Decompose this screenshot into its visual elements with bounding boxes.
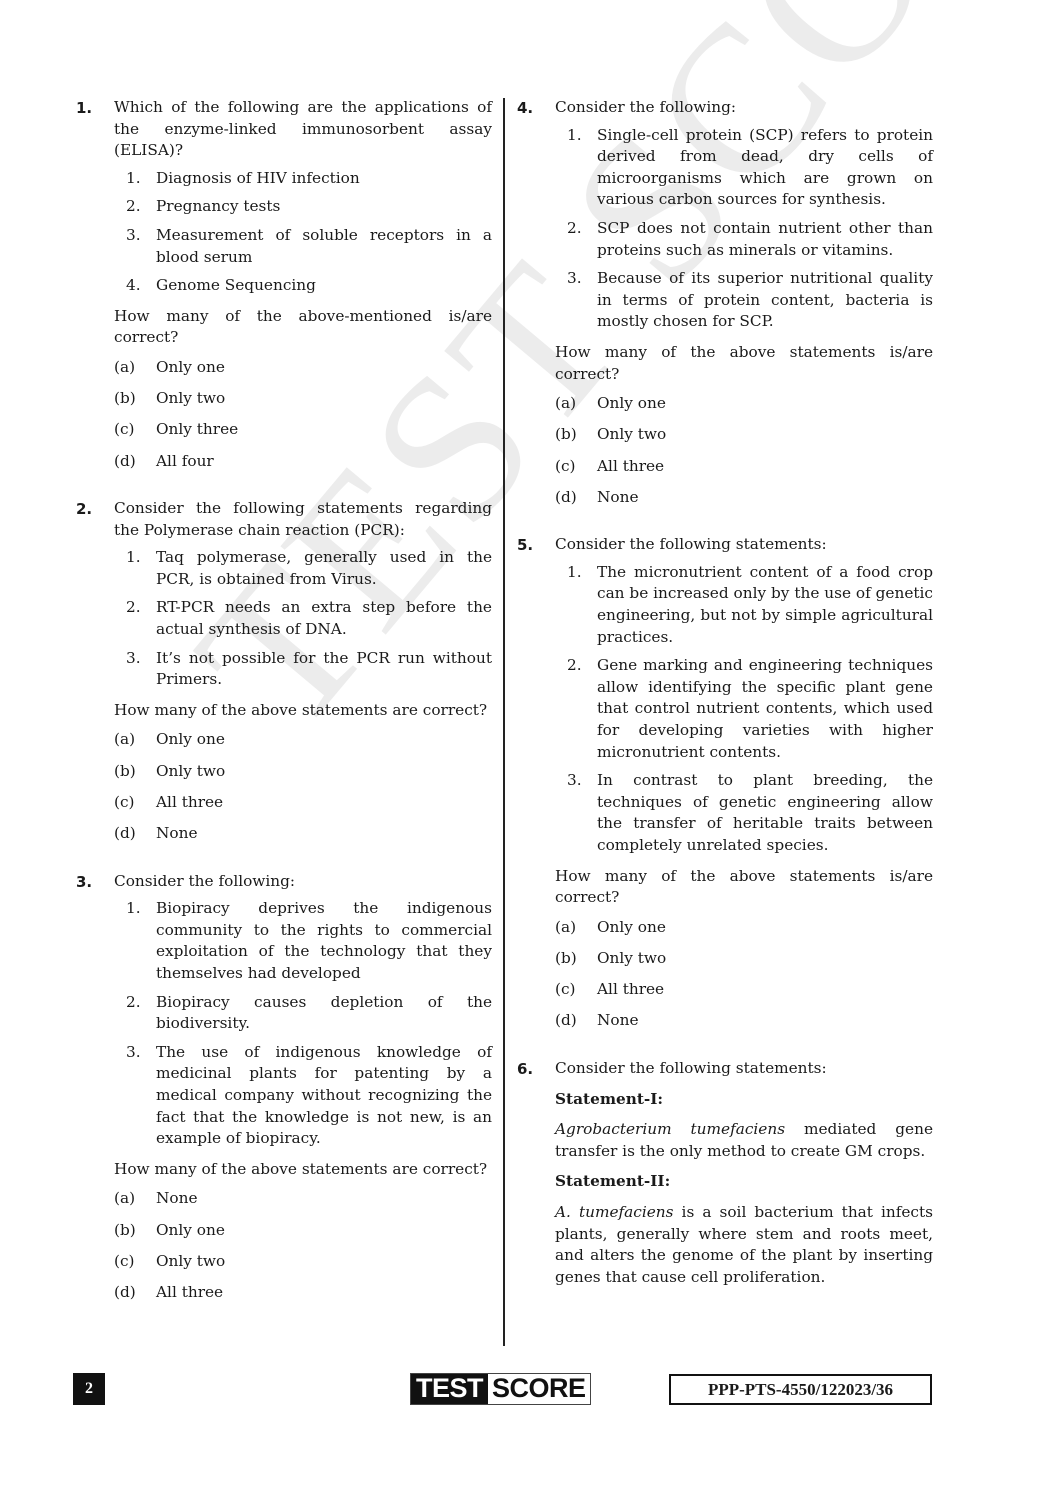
- logo-dark-part: TEST: [411, 1374, 488, 1404]
- option-a: (a)None: [114, 1188, 492, 1210]
- item-text: In contrast to plant breeding, the techn…: [597, 771, 933, 854]
- option-label: (d): [555, 1010, 577, 1032]
- option-label: (b): [114, 1220, 136, 1242]
- option-d: (d)None: [555, 487, 933, 509]
- option-text: Only one: [597, 394, 666, 412]
- option-text: Only two: [156, 389, 225, 407]
- item-number: 2.: [567, 218, 582, 240]
- list-item: 4.Genome Sequencing: [114, 275, 492, 297]
- item-number: 3.: [126, 225, 141, 247]
- option-label: (d): [114, 1282, 136, 1304]
- item-text: Biopiracy deprives the indigenous commun…: [156, 899, 492, 982]
- list-item: 2.Biopiracy causes depletion of the biod…: [114, 992, 492, 1035]
- item-text: It’s not possible for the PCR run withou…: [156, 649, 492, 689]
- item-number: 2.: [126, 196, 141, 218]
- left-column: 1. Which of the following are the applic…: [74, 97, 492, 1329]
- option-label: (b): [114, 761, 136, 783]
- list-item: 2.Pregnancy tests: [114, 196, 492, 218]
- option-b: (b)Only two: [555, 424, 933, 446]
- list-item: 2.SCP does not contain nutrient other th…: [555, 218, 933, 261]
- list-item: 1.Single-cell protein (SCP) refers to pr…: [555, 125, 933, 211]
- option-c: (c)All three: [114, 792, 492, 814]
- option-label: (a): [555, 393, 576, 415]
- list-item: 2.Gene marking and engineering technique…: [555, 655, 933, 763]
- option-b: (b)Only two: [114, 761, 492, 783]
- item-number: 3.: [126, 1042, 141, 1064]
- option-text: All three: [156, 793, 223, 811]
- option-a: (a)Only one: [555, 917, 933, 939]
- statement-list: 1.Single-cell protein (SCP) refers to pr…: [555, 125, 933, 333]
- item-text: Gene marking and engineering techniques …: [597, 656, 933, 760]
- option-d: (d)All four: [114, 451, 492, 473]
- option-label: (c): [555, 979, 576, 1001]
- option-text: None: [156, 1189, 198, 1207]
- list-item: 3.The use of indigenous knowledge of med…: [114, 1042, 492, 1150]
- question-number: 3.: [76, 871, 92, 893]
- statement-list: 1.The micronutrient content of a food cr…: [555, 562, 933, 857]
- option-a: (a)Only one: [114, 357, 492, 379]
- question-number: 2.: [76, 498, 92, 520]
- option-c: (c)All three: [555, 979, 933, 1001]
- question-text: Consider the following statements regard…: [114, 498, 492, 541]
- option-b: (b)Only one: [114, 1220, 492, 1242]
- option-label: (a): [114, 357, 135, 379]
- question-number: 4.: [517, 97, 533, 119]
- item-number: 1.: [126, 168, 141, 190]
- question-number: 6.: [517, 1058, 533, 1080]
- question-prompt: How many of the above statements is/are …: [555, 866, 933, 909]
- statement-list: 1.Diagnosis of HIV infection 2.Pregnancy…: [114, 168, 492, 297]
- option-text: All three: [156, 1283, 223, 1301]
- option-label: (d): [555, 487, 577, 509]
- column-divider: [503, 98, 505, 1346]
- item-number: 3.: [567, 268, 582, 290]
- item-number: 1.: [567, 125, 582, 147]
- option-text: Only two: [156, 1252, 225, 1270]
- option-label: (a): [114, 1188, 135, 1210]
- question-prompt: How many of the above-mentioned is/are c…: [114, 306, 492, 349]
- list-item: 1.The micronutrient content of a food cr…: [555, 562, 933, 648]
- option-c: (c)Only three: [114, 419, 492, 441]
- question-text: Consider the following statements:: [555, 534, 933, 556]
- question-number: 5.: [517, 534, 533, 556]
- logo-light-part: SCORE: [488, 1374, 590, 1404]
- option-text: None: [597, 488, 639, 506]
- option-text: Only one: [597, 918, 666, 936]
- option-c: (c)All three: [555, 456, 933, 478]
- option-label: (a): [555, 917, 576, 939]
- option-text: Only one: [156, 1221, 225, 1239]
- page-number: 2: [73, 1373, 105, 1405]
- item-text: The micronutrient content of a food crop…: [597, 563, 933, 646]
- option-label: (d): [114, 451, 136, 473]
- item-text: Because of its superior nutritional qual…: [597, 269, 933, 330]
- option-text: All four: [156, 452, 214, 470]
- statement-list: 1.Taq polymerase, generally used in the …: [114, 547, 492, 691]
- species-name: Agrobacterium tumefaciens: [555, 1120, 785, 1138]
- question-4: 4. Consider the following: 1.Single-cell…: [515, 97, 933, 508]
- paper-code: PPP-PTS-4550/122023/36: [669, 1374, 932, 1405]
- option-a: (a)Only one: [114, 729, 492, 751]
- item-number: 2.: [126, 992, 141, 1014]
- item-text: Genome Sequencing: [156, 276, 316, 294]
- option-text: Only two: [156, 762, 225, 780]
- option-label: (c): [114, 419, 135, 441]
- item-text: Diagnosis of HIV infection: [156, 169, 360, 187]
- item-text: RT-PCR needs an extra step before the ac…: [156, 598, 492, 638]
- question-2: 2. Consider the following statements reg…: [74, 498, 492, 845]
- item-number: 4.: [126, 275, 141, 297]
- list-item: 3.In contrast to plant breeding, the tec…: [555, 770, 933, 856]
- question-5: 5. Consider the following statements: 1.…: [515, 534, 933, 1032]
- option-label: (d): [114, 823, 136, 845]
- option-label: (c): [114, 792, 135, 814]
- list-item: 3.Measurement of soluble receptors in a …: [114, 225, 492, 268]
- option-b: (b)Only two: [555, 948, 933, 970]
- list-item: 1.Biopiracy deprives the indigenous comm…: [114, 898, 492, 984]
- question-prompt: How many of the above statements are cor…: [114, 1159, 492, 1181]
- question-text: Which of the following are the applicati…: [114, 97, 492, 162]
- item-text: SCP does not contain nutrient other than…: [597, 219, 933, 259]
- item-number: 3.: [126, 648, 141, 670]
- item-text: Taq polymerase, generally used in the PC…: [156, 548, 492, 588]
- species-name: A. tumefaciens: [555, 1203, 674, 1221]
- list-item: 2.RT-PCR needs an extra step before the …: [114, 597, 492, 640]
- statement-2-text: A. tumefaciens is a soil bacterium that …: [555, 1202, 933, 1288]
- option-label: (b): [555, 948, 577, 970]
- option-text: Only one: [156, 730, 225, 748]
- question-prompt: How many of the above statements are cor…: [114, 700, 492, 722]
- option-b: (b)Only two: [114, 388, 492, 410]
- question-text: Consider the following:: [555, 97, 933, 119]
- item-number: 1.: [126, 547, 141, 569]
- item-number: 1.: [567, 562, 582, 584]
- item-text: Pregnancy tests: [156, 197, 280, 215]
- question-number: 1.: [76, 97, 92, 119]
- option-text: None: [156, 824, 198, 842]
- item-number: 2.: [567, 655, 582, 677]
- list-item: 3.Because of its superior nutritional qu…: [555, 268, 933, 333]
- item-number: 3.: [567, 770, 582, 792]
- option-c: (c)Only two: [114, 1251, 492, 1273]
- option-d: (d)All three: [114, 1282, 492, 1304]
- option-text: Only one: [156, 358, 225, 376]
- option-text: Only two: [597, 425, 666, 443]
- option-text: Only two: [597, 949, 666, 967]
- item-number: 2.: [126, 597, 141, 619]
- option-text: All three: [597, 980, 664, 998]
- option-label: (c): [114, 1251, 135, 1273]
- question-prompt: How many of the above statements is/are …: [555, 342, 933, 385]
- item-text: Measurement of soluble receptors in a bl…: [156, 226, 492, 266]
- list-item: 3.It’s not possible for the PCR run with…: [114, 648, 492, 691]
- option-label: (a): [114, 729, 135, 751]
- option-a: (a)Only one: [555, 393, 933, 415]
- statement-2-heading: Statement-II:: [555, 1171, 933, 1193]
- option-d: (d)None: [114, 823, 492, 845]
- question-6: 6. Consider the following statements: St…: [515, 1058, 933, 1288]
- option-text: Only three: [156, 420, 238, 438]
- statement-1-text: Agrobacterium tumefaciens mediated gene …: [555, 1119, 933, 1162]
- item-text: The use of indigenous knowledge of medic…: [156, 1043, 492, 1147]
- list-item: 1.Taq polymerase, generally used in the …: [114, 547, 492, 590]
- question-text: Consider the following:: [114, 871, 492, 893]
- item-number: 1.: [126, 898, 141, 920]
- option-label: (b): [114, 388, 136, 410]
- statement-1-heading: Statement-I:: [555, 1089, 933, 1111]
- item-text: Single-cell protein (SCP) refers to prot…: [597, 126, 933, 209]
- testscore-logo: TEST SCORE: [410, 1373, 591, 1405]
- option-text: All three: [597, 457, 664, 475]
- list-item: 1.Diagnosis of HIV infection: [114, 168, 492, 190]
- question-3: 3. Consider the following: 1.Biopiracy d…: [74, 871, 492, 1304]
- option-label: (c): [555, 456, 576, 478]
- right-column: 4. Consider the following: 1.Single-cell…: [515, 97, 933, 1314]
- option-label: (b): [555, 424, 577, 446]
- statement-list: 1.Biopiracy deprives the indigenous comm…: [114, 898, 492, 1150]
- question-text: Consider the following statements:: [555, 1058, 933, 1080]
- question-1: 1. Which of the following are the applic…: [74, 97, 492, 472]
- option-text: None: [597, 1011, 639, 1029]
- option-d: (d)None: [555, 1010, 933, 1032]
- item-text: Biopiracy causes depletion of the biodiv…: [156, 993, 492, 1033]
